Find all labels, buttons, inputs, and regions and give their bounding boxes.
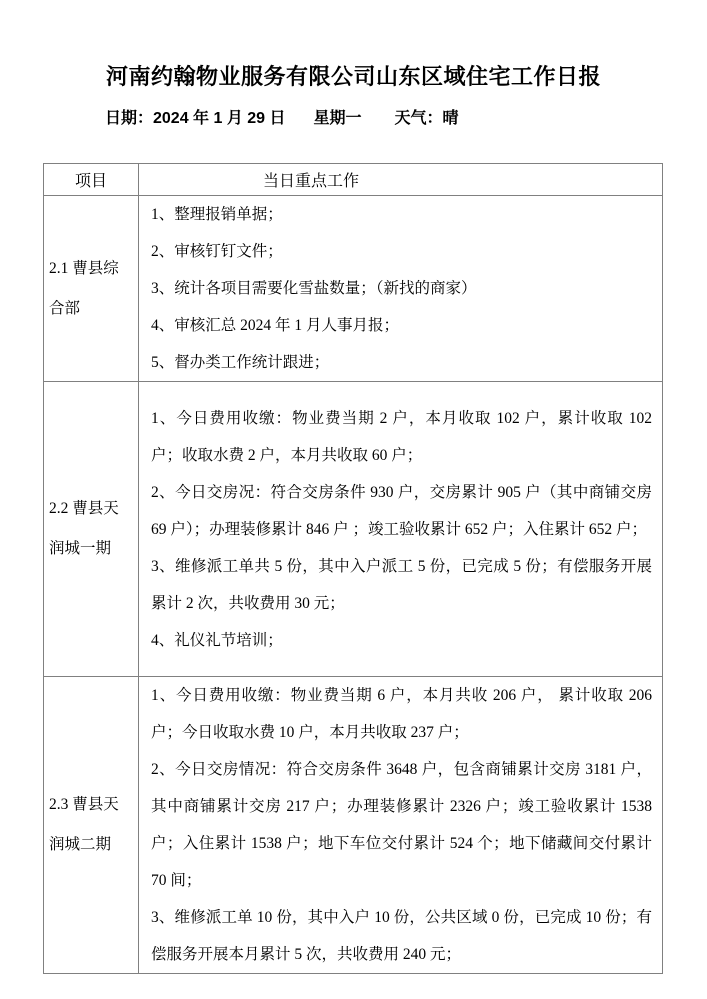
- work-item: 1、今日费用收缴：物业费当期 2 户，本月收取 102 户，累计收取 102 户…: [151, 400, 652, 474]
- daily-work-cell: 1、今日费用收缴：物业费当期 2 户，本月收取 102 户，累计收取 102 户…: [139, 382, 663, 677]
- project-cell: 2.3 曹县天润城二期: [44, 677, 139, 974]
- work-item: 3、维修派工单 10 份，其中入户 10 份，公共区域 0 份，已完成 10 份…: [151, 899, 652, 973]
- work-item: 2、今日交房情况：符合交房条件 3648 户，包含商铺累计交房 3181 户，其…: [151, 751, 652, 899]
- daily-work-cell: 1、整理报销单据；2、审核钉钉文件；3、统计各项目需要化雪盐数量；（新找的商家）…: [139, 196, 663, 382]
- table-row: 2.1 曹县综合部1、整理报销单据；2、审核钉钉文件；3、统计各项目需要化雪盐数…: [44, 196, 663, 382]
- table-row: 2.3 曹县天润城二期1、今日费用收缴：物业费当期 6 户，本月共收 206 户…: [44, 677, 663, 974]
- daily-work-cell: 1、今日费用收缴：物业费当期 6 户，本月共收 206 户， 累计收取 206 …: [139, 677, 663, 974]
- date-line: 日期：2024 年 1 月 29 日星期一天气：晴: [105, 108, 664, 130]
- column-header-project: 项目: [44, 164, 139, 196]
- work-item: 5、督办类工作统计跟进；: [151, 344, 652, 381]
- column-header-daily-work: 当日重点工作: [139, 164, 663, 196]
- daily-report-table: 项目 当日重点工作 2.1 曹县综合部1、整理报销单据；2、审核钉钉文件；3、统…: [43, 163, 663, 974]
- work-item: 2、审核钉钉文件；: [151, 233, 652, 270]
- work-item: 1、整理报销单据；: [151, 196, 652, 233]
- weather-text: 天气：晴: [395, 110, 459, 127]
- document-title: 河南约翰物业服务有限公司山东区域住宅工作日报: [43, 62, 664, 92]
- work-item: 4、审核汇总 2024 年 1 月人事月报；: [151, 307, 652, 344]
- work-item: 2、今日交房况：符合交房条件 930 户，交房累计 905 户（其中商铺交房 6…: [151, 474, 652, 548]
- work-item: 1、今日费用收缴：物业费当期 6 户，本月共收 206 户， 累计收取 206 …: [151, 677, 652, 751]
- table-row: 2.2 曹县天润城一期1、今日费用收缴：物业费当期 2 户，本月收取 102 户…: [44, 382, 663, 677]
- report-table-body: 2.1 曹县综合部1、整理报销单据；2、审核钉钉文件；3、统计各项目需要化雪盐数…: [44, 196, 663, 974]
- weekday-text: 星期一: [314, 110, 362, 127]
- project-cell: 2.2 曹县天润城一期: [44, 382, 139, 677]
- header-row: 项目 当日重点工作: [44, 164, 663, 196]
- work-item: 4、礼仪礼节培训；: [151, 622, 652, 659]
- document-page: 河南约翰物业服务有限公司山东区域住宅工作日报 日期：2024 年 1 月 29 …: [0, 0, 707, 999]
- project-cell: 2.1 曹县综合部: [44, 196, 139, 382]
- work-item: 3、统计各项目需要化雪盐数量；（新找的商家）: [151, 270, 652, 307]
- date-text: 日期：2024 年 1 月 29 日: [105, 110, 286, 127]
- report-table-header: 项目 当日重点工作: [44, 164, 663, 196]
- work-item: 3、维修派工单共 5 份，其中入户派工 5 份，已完成 5 份；有偿服务开展累计…: [151, 548, 652, 622]
